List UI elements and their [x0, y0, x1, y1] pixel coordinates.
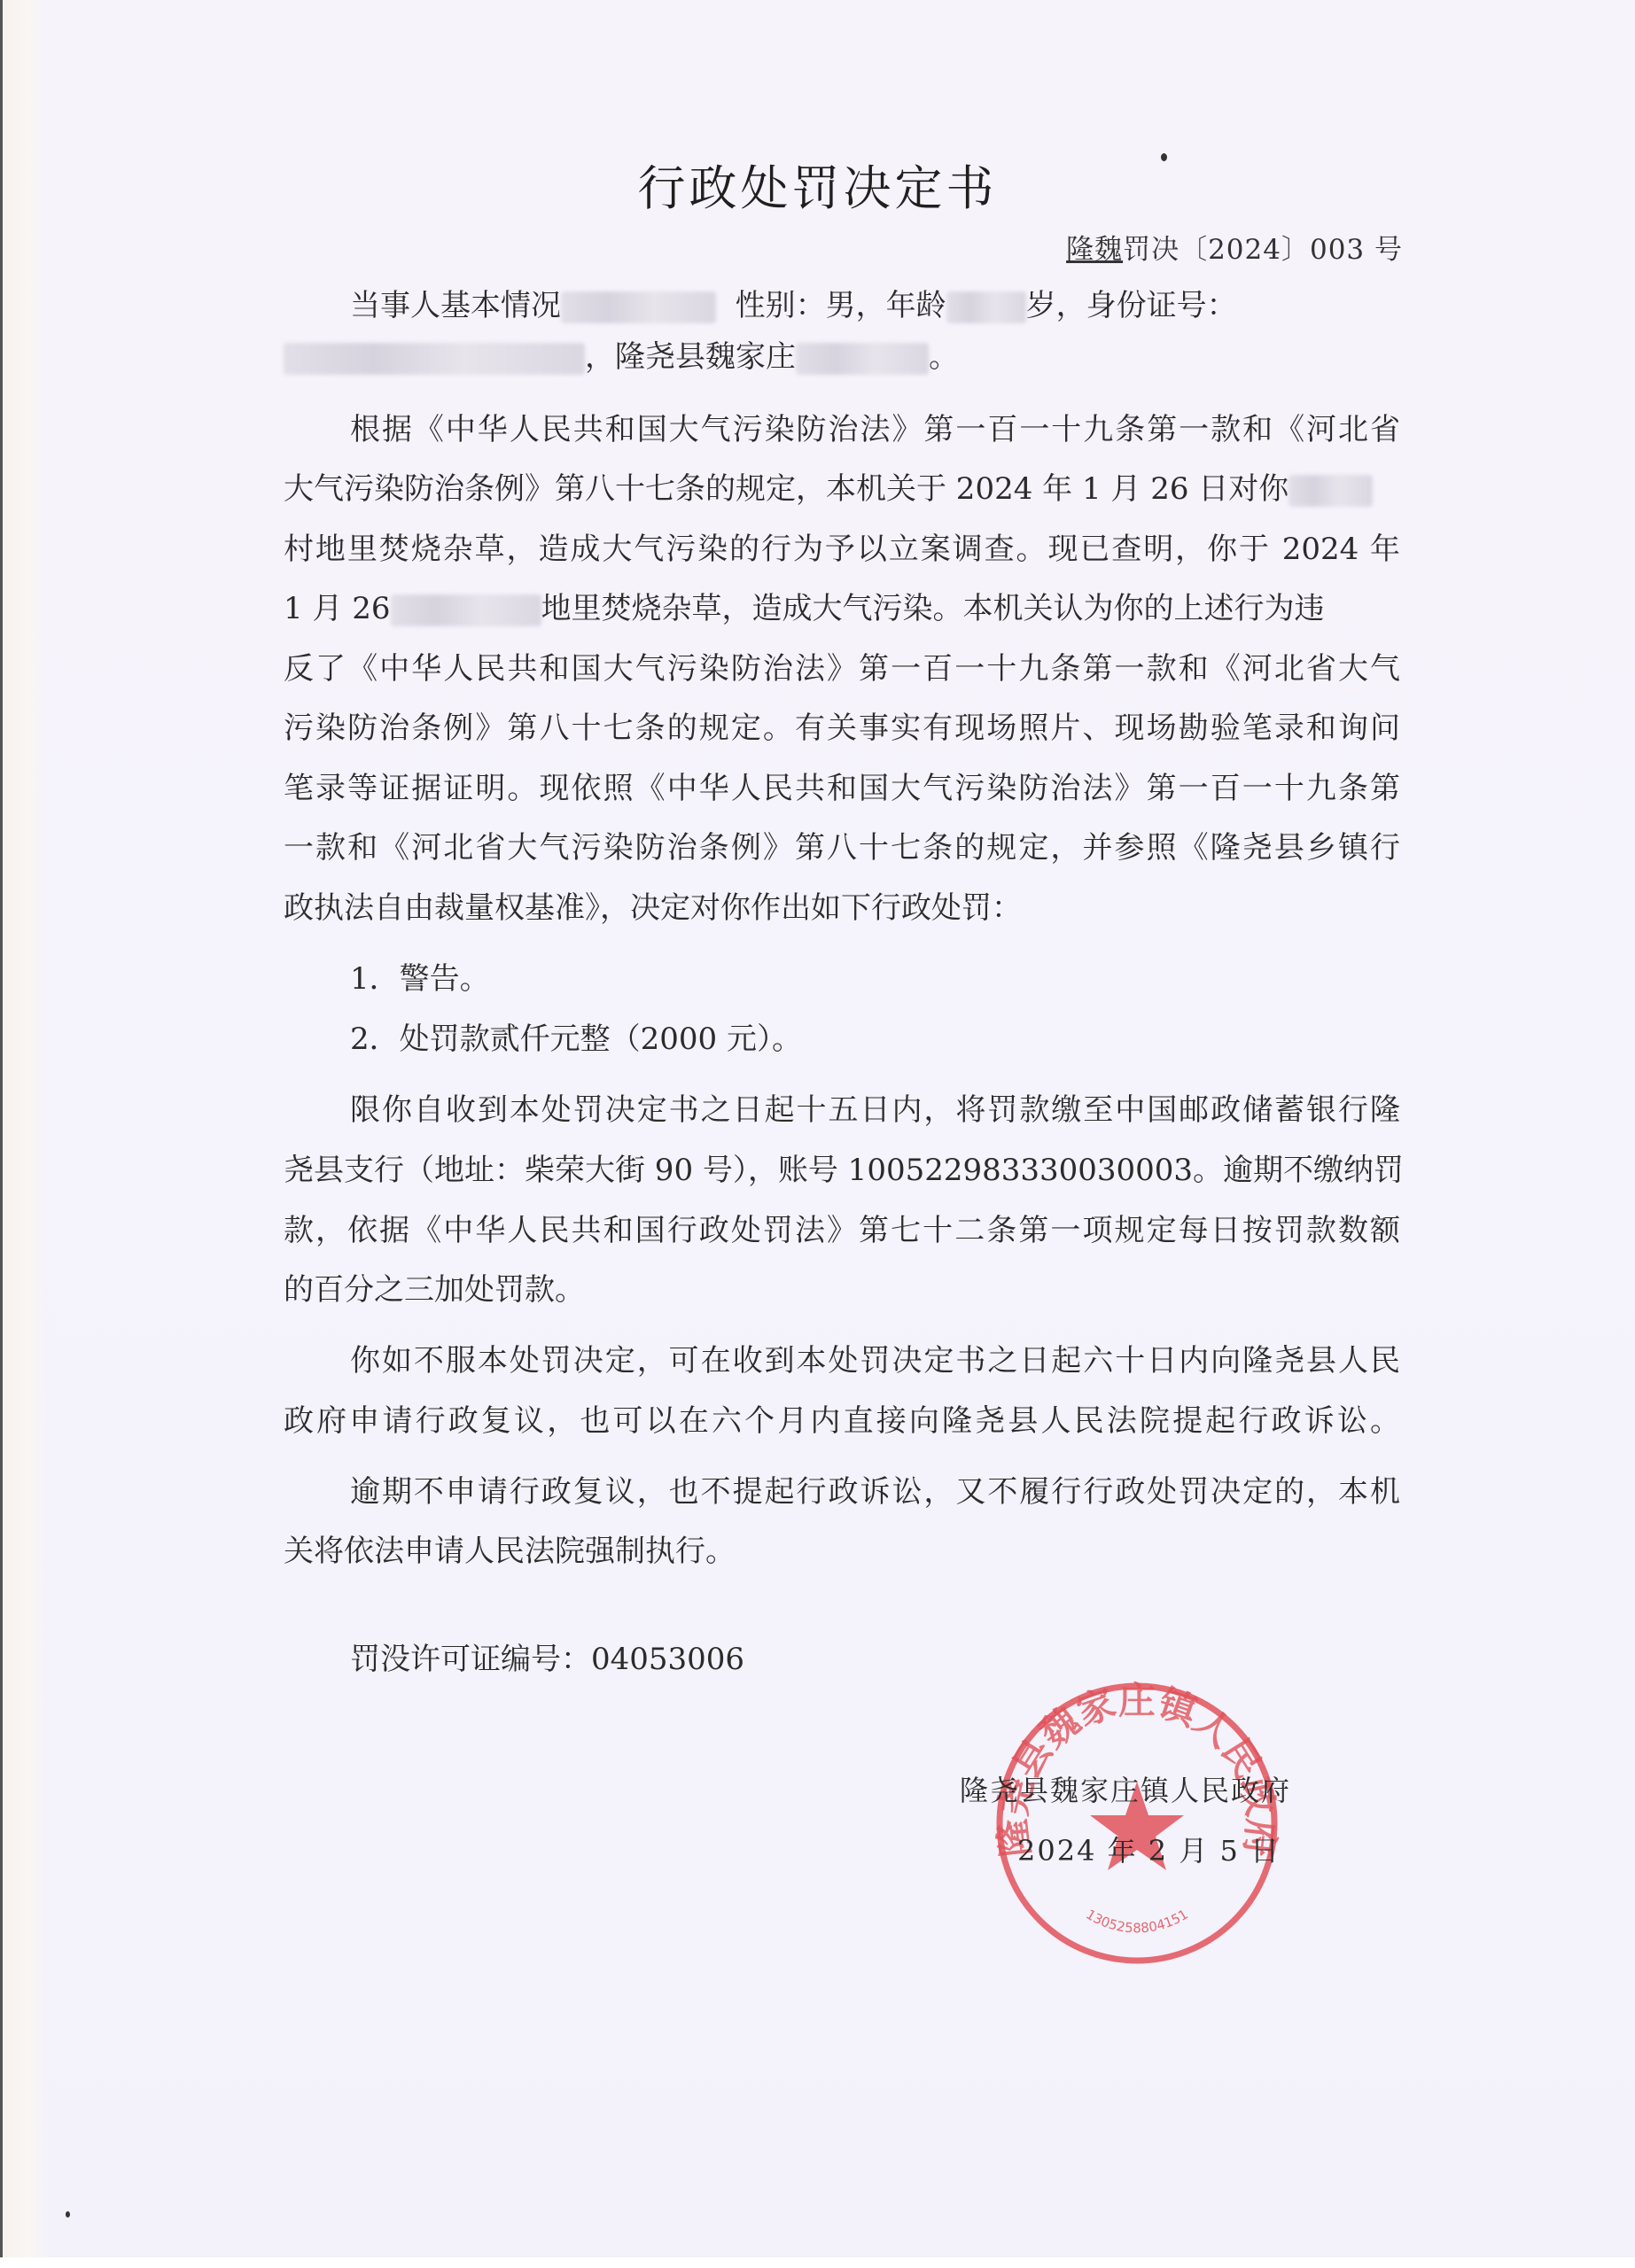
party-gender: 性别：男，年龄 [736, 288, 946, 323]
body-line: 大气污染防治条例》第八十七条的规定，本机关于 2024 年 1 月 26 日对你 [284, 471, 1373, 507]
redacted-location [391, 594, 541, 626]
enforcement-line: 关将依法申请人民法院强制执行。 [284, 1534, 736, 1569]
penalty-item: 2．处罚款贰仟元整（2000 元）。 [350, 1021, 802, 1057]
payment-line: 款，依据《中华人民共和国行政处罚法》第七十二条第一项规定每日按罚款数额 [284, 1213, 1400, 1248]
payment-line: 限你自收到本处罚决定书之日起十五日内，将罚款缴至中国邮政储蓄银行隆 [350, 1092, 1400, 1128]
body-line: 政执法自由裁量权基准》，决定对你作出如下行政处罚： [284, 890, 1022, 926]
redacted-village [1289, 475, 1373, 507]
document-title: 行政处罚决定书 [0, 151, 1635, 219]
body-text: 地里焚烧杂草，造成大气污染。本机关认为你的上述行为违 [541, 591, 1325, 626]
issue-date: 2024 年 2 月 5 日 [1017, 1829, 1281, 1869]
page-left-edge [0, 0, 49, 2259]
appeal-line: 你如不服本处罚决定，可在收到本处罚决定书之日起六十日内向隆尧县人民 [350, 1343, 1400, 1379]
party-info-line-1: 当事人基本情况 性别：男，年龄岁，身份证号： [350, 288, 1237, 323]
svg-text:1305258804151: 1305258804151 [1083, 1907, 1190, 1937]
appeal-line: 政府申请行政复议，也可以在六个月内直接向隆尧县人民法院提起行政诉讼。 [284, 1403, 1400, 1439]
scanned-page: 行政处罚决定书 隆魏罚决〔2024〕003 号 当事人基本情况 性别：男，年龄岁… [0, 0, 1635, 2268]
redacted-id-number [284, 343, 585, 375]
penalty-item: 1．警告。 [350, 961, 490, 997]
redacted-name [561, 291, 716, 323]
license-number: 罚没许可证编号：04053006 [350, 1642, 744, 1677]
payment-line: 的百分之三加处罚款。 [284, 1272, 585, 1308]
body-line: 村地里焚烧杂草，造成大气污染的行为予以立案调查。现已查明，你于 2024 年 [284, 532, 1400, 567]
punctuation: 。 [929, 339, 959, 375]
payment-line: 尧县支行（地址：柴荣大街 90 号），账号 100522983330030003… [284, 1153, 1400, 1188]
redacted-address [796, 343, 929, 375]
party-info-line-2: ，隆尧县魏家庄。 [284, 339, 959, 375]
scan-bottom-border [0, 2257, 1635, 2268]
issuer-name: 隆尧县魏家庄镇人民政府 [960, 1768, 1291, 1809]
body-line: 污染防治条例》第八十七条的规定。有关事实有现场照片、现场勘验笔录和询问 [284, 711, 1400, 746]
seal-code: 1305258804151 [1083, 1907, 1190, 1937]
redacted-age [946, 291, 1026, 323]
party-label: 当事人基本情况 [350, 288, 561, 323]
body-text: 1 月 26 [284, 591, 391, 626]
document-number-prefix: 隆魏 [1066, 234, 1123, 266]
document-number-rest: 罚决〔2024〕003 号 [1123, 234, 1403, 266]
party-address: ，隆尧县魏家庄 [585, 339, 796, 375]
enforcement-line: 逾期不申请行政复议，也不提起行政诉讼，又不履行行政处罚决定的，本机 [350, 1474, 1400, 1510]
body-text: 大气污染防治条例》第八十七条的规定，本机关于 2024 年 1 月 26 日对你 [284, 471, 1289, 507]
party-id-label: 岁，身份证号： [1026, 288, 1237, 323]
body-line: 1 月 26地里焚烧杂草，造成大气污染。本机关认为你的上述行为违 [284, 591, 1325, 626]
body-line: 笔录等证据证明。现依照《中华人民共和国大气污染防治法》第一百一十九条第 [284, 771, 1400, 806]
body-line: 反了《中华人民共和国大气污染防治法》第一百一十九条第一款和《河北省大气 [284, 651, 1400, 687]
scan-speck [66, 2211, 70, 2218]
scan-border [0, 0, 3, 2259]
document-number: 隆魏罚决〔2024〕003 号 [1066, 227, 1403, 267]
official-seal-icon: 隆尧县魏家庄镇人民政府 1305258804151 [991, 1677, 1283, 1969]
body-line: 根据《中华人民共和国大气污染防治法》第一百一十九条第一款和《河北省 [350, 412, 1400, 447]
body-line: 一款和《河北省大气污染防治条例》第八十七条的规定，并参照《隆尧县乡镇行 [284, 830, 1400, 866]
